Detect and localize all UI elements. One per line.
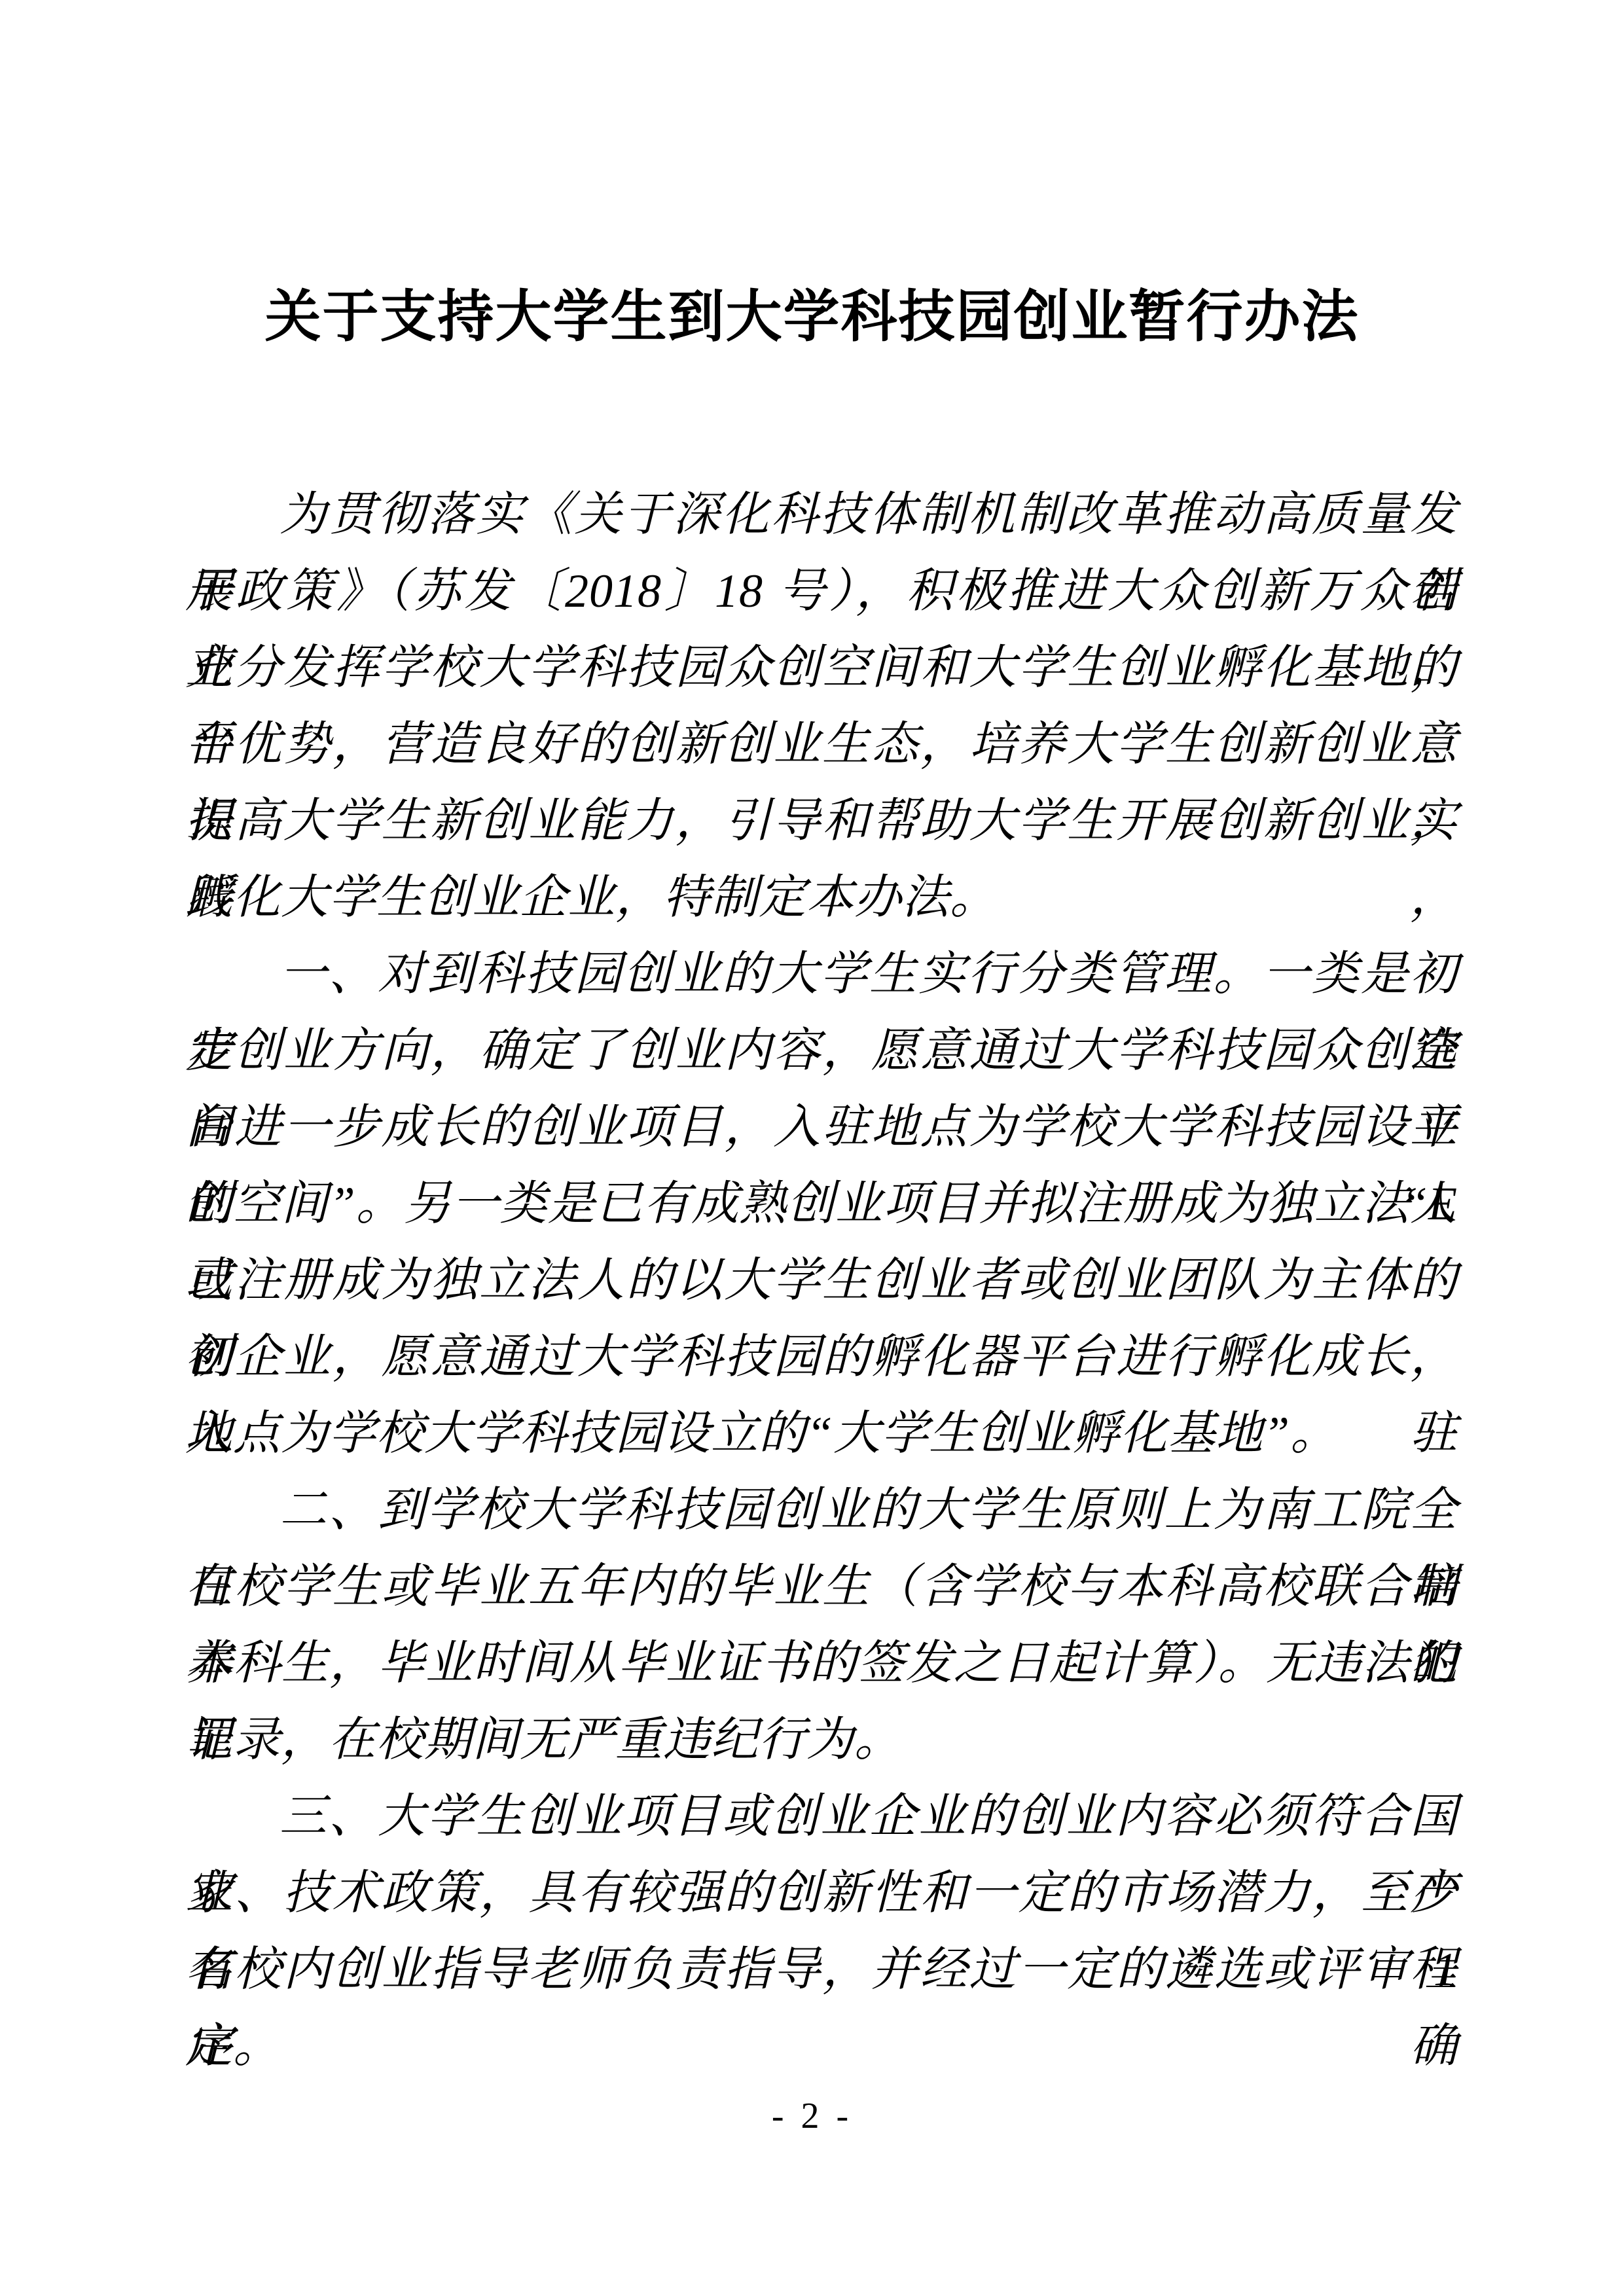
body-line: 地点为学校大学科技园设立的“大学生创业孵化基地”。 [185,1395,1458,1472]
body-line: 干政策》（苏发〔2018〕18 号），积极推进大众创新万众创业， [185,553,1458,630]
body-line: 本科生，毕业时间从毕业证书的签发之日起计算）。无违法犯罪 [185,1625,1458,1702]
document-body: 为贯彻落实《关于深化科技体制机制改革推动高质量发展若干政策》（苏发〔2018〕1… [185,476,1458,2085]
body-line: 为贯彻落实《关于深化科技体制机制改革推动高质量发展若 [185,476,1458,553]
body-line: 台优势，营造良好的创新创业生态，培养大学生创新创业意识， [185,706,1458,783]
body-line: 二、到学校大学科技园创业的大学生原则上为南工院全日制 [185,1472,1458,1549]
body-line: 三、大学生创业项目或创业企业的创业内容必须符合国家产 [185,1778,1458,1855]
page-number: - 2 - [0,2093,1624,2139]
body-line: 已注册成为独立法人的以大学生创业者或创业团队为主体的初 [185,1242,1458,1319]
body-line: 在校学生或毕业五年内的毕业生（含学校与本科高校联合培养的 [185,1549,1458,1625]
document-page: 关于支持大学生到大学科技园创业暂行办法 为贯彻落实《关于深化科技体制机制改革推动… [0,0,1624,2296]
body-line: 业、技术政策，具有较强的创新性和一定的市场潜力，至少有 1 [185,1855,1458,1931]
body-line: 创空间”。另一类是已有成熟创业项目并拟注册成为独立法人或 [185,1166,1458,1242]
document-title: 关于支持大学生到大学科技园创业暂行办法 [0,276,1624,357]
body-line: 提高大学生新创业能力，引导和帮助大学生开展创新创业实践， [185,783,1458,859]
body-line: 一、对到科技园创业的大学生实行分类管理。一类是初步选 [185,936,1458,1013]
body-line: 名校内创业指导老师负责指导，并经过一定的遴选或评审程序确 [185,1931,1458,2008]
body-line: 记录，在校期间无严重违纪行为。 [185,1702,1458,1778]
body-line: 创企业，愿意通过大学科技园的孵化器平台进行孵化成长，入驻 [185,1319,1458,1395]
body-line: 充分发挥学校大学科技园众创空间和大学生创业孵化基地的平 [185,630,1458,706]
body-line: 台进一步成长的创业项目，入驻地点为学校大学科技园设立的“E [185,1089,1458,1166]
body-line: 定创业方向，确定了创业内容，愿意通过大学科技园众创空间平 [185,1013,1458,1089]
